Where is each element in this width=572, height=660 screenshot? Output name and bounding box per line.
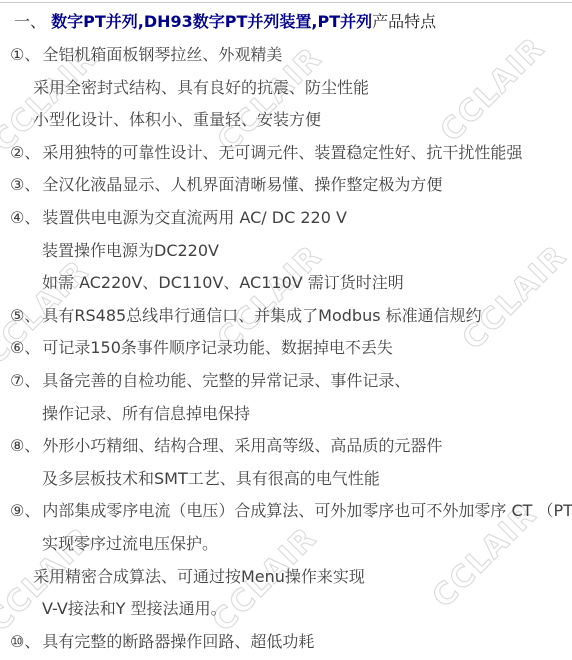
feature-line: ④、装置供电电源为交直流两用 AC/ DC 220 V (0, 202, 572, 235)
feature-line: 实现零序过流电压保护。 (0, 528, 572, 561)
feature-line: 装置操作电源为DC220V (0, 235, 572, 268)
item-number: ⑩、 (0, 632, 40, 651)
feature-line: ⑤、具有RS485总线串行通信口、并集成了Modbus 标准通信规约 (0, 300, 572, 333)
feature-line: V-V接法和Y 型接法通用。 (0, 593, 572, 626)
item-number: ④、 (0, 208, 40, 227)
line-text: 及多层板技术和SMT工艺、具有很高的电气性能 (42, 469, 380, 488)
feature-line: ⑨、内部集成零序电流（电压）合成算法、可外加零序也可不外加零序 CT （PT）、 (0, 495, 572, 528)
feature-line: 及多层板技术和SMT工艺、具有很高的电气性能 (0, 463, 572, 496)
document-body: 一、 数字PT并列,DH93数字PT并列装置,PT并列产品特点 ①、全铝机箱面板… (0, 0, 572, 658)
line-text: 装置供电电源为交直流两用 AC/ DC 220 V (40, 208, 347, 227)
feature-line: 采用精密合成算法、可通过按Menu操作来实现 (0, 561, 572, 594)
title-section-number: 一、 (14, 12, 51, 31)
item-number: ①、 (0, 45, 40, 64)
line-text: 实现零序过流电压保护。 (42, 534, 218, 553)
line-text: 如需 AC220V、DC110V、AC110V 需订货时注明 (42, 273, 404, 292)
line-text: 采用独特的可靠性设计、无可调元件、装置稳定性好、抗干扰性能强 (40, 143, 522, 162)
line-text: 装置操作电源为DC220V (42, 241, 219, 260)
line-text: 操作记录、所有信息掉电保持 (42, 404, 250, 423)
feature-line: ⑥、可记录150条事件顺序记录功能、数据掉电不丢失 (0, 332, 572, 365)
line-text: 具有完整的断路器操作回路、超低功耗 (40, 632, 314, 651)
item-number: ②、 (0, 143, 40, 162)
line-text: 全铝机箱面板钢琴拉丝、外观精美 (40, 45, 282, 64)
item-number: ⑤、 (0, 306, 40, 325)
item-number: ⑥、 (0, 338, 40, 357)
line-text: V-V接法和Y 型接法通用。 (42, 599, 227, 618)
page-title: 一、 数字PT并列,DH93数字PT并列装置,PT并列产品特点 (0, 0, 572, 36)
line-text: 全汉化液晶显示、人机界面清晰易懂、操作整定极为方便 (40, 175, 442, 194)
line-text: 内部集成零序电流（电压）合成算法、可外加零序也可不外加零序 CT （PT）、 (40, 501, 572, 520)
feature-line: 小型化设计、体积小、重量轻、安装方便 (0, 104, 572, 137)
feature-line: ⑦、具备完善的自检功能、完整的异常记录、事件记录、 (0, 365, 572, 398)
line-text: 具有RS485总线串行通信口、并集成了Modbus 标准通信规约 (40, 306, 481, 325)
item-number: ⑦、 (0, 371, 40, 390)
item-number: ⑨、 (0, 501, 40, 520)
line-text: 小型化设计、体积小、重量轻、安装方便 (33, 110, 321, 129)
feature-line: 操作记录、所有信息掉电保持 (0, 398, 572, 431)
feature-line: 如需 AC220V、DC110V、AC110V 需订货时注明 (0, 267, 572, 300)
line-text: 具备完善的自检功能、完整的异常记录、事件记录、 (40, 371, 410, 390)
item-number: ⑧、 (0, 436, 40, 455)
line-text: 可记录150条事件顺序记录功能、数据掉电不丢失 (40, 338, 393, 357)
feature-line: ⑧、外形小巧精细、结构合理、采用高等级、高品质的元器件 (0, 430, 572, 463)
top-divider (0, 2, 572, 3)
feature-line: ①、全铝机箱面板钢琴拉丝、外观精美 (0, 39, 572, 72)
feature-line: ②、采用独特的可靠性设计、无可调元件、装置稳定性好、抗干扰性能强 (0, 137, 572, 170)
line-text: 外形小巧精细、结构合理、采用高等级、高品质的元器件 (40, 436, 442, 455)
title-suffix: 产品特点 (372, 12, 436, 31)
feature-list: ①、全铝机箱面板钢琴拉丝、外观精美 采用全密封式结构、具有良好的抗震、防尘性能 … (0, 39, 572, 658)
feature-line: ③、全汉化液晶显示、人机界面清晰易懂、操作整定极为方便 (0, 169, 572, 202)
line-text: 采用精密合成算法、可通过按Menu操作来实现 (33, 567, 365, 586)
feature-line: 采用全密封式结构、具有良好的抗震、防尘性能 (0, 72, 572, 105)
item-number: ③、 (0, 175, 40, 194)
line-text: 采用全密封式结构、具有良好的抗震、防尘性能 (33, 78, 369, 97)
feature-line: ⑩、具有完整的断路器操作回路、超低功耗 (0, 626, 572, 659)
title-product-names: 数字PT并列,DH93数字PT并列装置,PT并列 (51, 12, 372, 31)
